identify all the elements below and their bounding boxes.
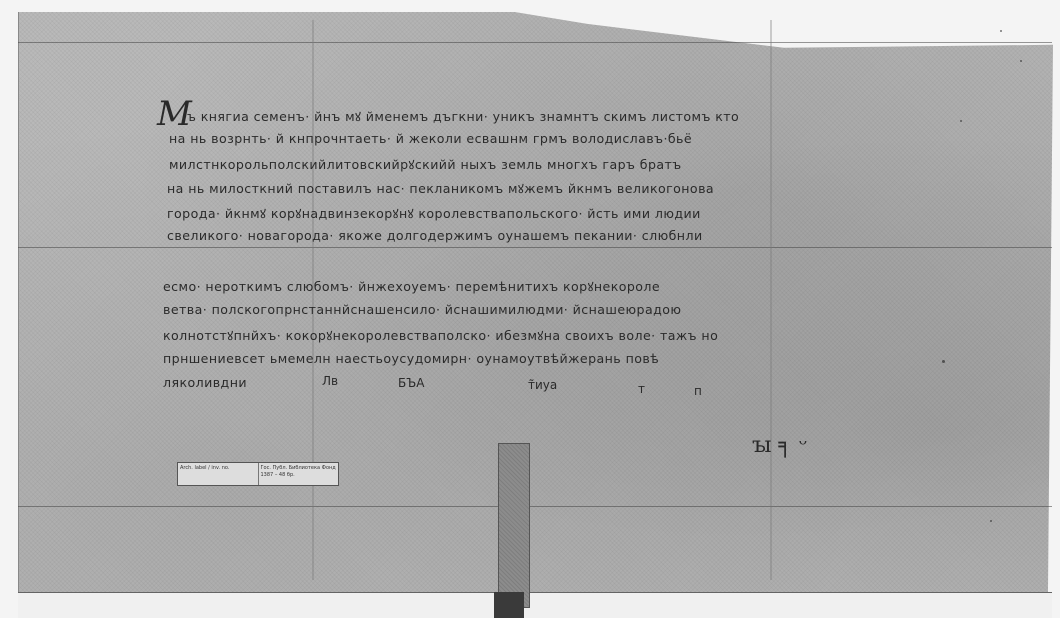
speck xyxy=(960,120,962,122)
archive-label-left: Arch. label / inv. no. xyxy=(178,463,259,485)
date-mark: т xyxy=(638,382,645,396)
speck xyxy=(1000,30,1002,32)
text-line: милстнкорольполскийлитовскийрꙋскийй ныхъ… xyxy=(169,156,682,173)
text-line: на нь милосткний поставилъ нас· пекланик… xyxy=(167,180,714,197)
text-line: ъ княгиа семенъ· йнъ мꙋ йменемъ дъгкни· … xyxy=(187,108,739,125)
seal-strap xyxy=(498,443,530,608)
fold-line-lower xyxy=(18,506,1052,507)
speck xyxy=(1020,60,1022,62)
fold-line-middle xyxy=(18,247,1052,248)
text-line: прншениевсет ьмемелн наестьоусудомирн· о… xyxy=(163,352,659,366)
text-line: ветва· полскогопрнстаннйснашенсило· йсна… xyxy=(163,303,681,317)
archive-label-right: Гос. Публ. Библиотека Фонд 1387 – 48 бр. xyxy=(259,463,339,485)
seal-strap-tail xyxy=(494,592,524,618)
fold-line-vertical-left xyxy=(312,20,314,580)
date-mark: Лв xyxy=(322,374,338,388)
text-line: города· йкнмꙋ корꙋнадвинзекорꙋнꙋ королев… xyxy=(167,205,701,222)
page-bottom-margin xyxy=(18,592,1052,618)
speck xyxy=(942,360,945,363)
fold-line-top xyxy=(18,42,1052,43)
text-line: есмо· нероткимъ слюбомъ· йнжехоуемъ· пер… xyxy=(163,278,660,295)
date-mark: п xyxy=(694,384,702,398)
text-line: свеликого· новагорода· якоже долгодержим… xyxy=(167,229,703,243)
signature-mark: ꙑ ╕ ᵕ xyxy=(752,433,807,458)
fold-line-vertical-right xyxy=(770,20,772,580)
date-mark: БЪА xyxy=(398,376,424,390)
fold-line-bottom xyxy=(18,592,1052,593)
archive-label: Arch. label / inv. no. Гос. Публ. Библио… xyxy=(177,462,339,486)
date-mark: т̃иуа xyxy=(528,378,557,392)
text-line: на нь возрнть· й кнпрочнтаеть· й жеколи … xyxy=(169,132,692,146)
text-line: колнотстꙋпнйхъ· кокорꙋнекоролевстваполск… xyxy=(163,327,718,344)
text-line: ляколивдни xyxy=(163,376,247,390)
speck xyxy=(990,520,992,522)
